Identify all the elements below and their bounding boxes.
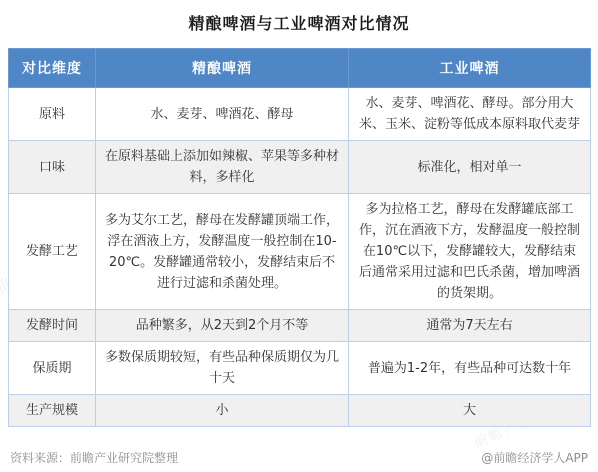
chart-title: 精酿啤酒与工业啤酒对比情况: [0, 0, 598, 34]
craft-cell: 在原料基础上添加如辣椒、苹果等多种材料，多样化: [96, 141, 349, 194]
footer: 资料来源：前瞻产业研究院整理 @前瞻经济学人APP: [10, 449, 588, 466]
row-label: 原料: [9, 88, 96, 141]
table-header-row: 对比维度 精酿啤酒 工业啤酒: [9, 49, 591, 88]
page: { "title": "精酿啤酒与工业啤酒对比情况", "chart_data"…: [0, 0, 598, 472]
credit-note: @前瞻经济学人APP: [481, 449, 588, 466]
table-row-production-scale: 生产规模 小 大: [9, 395, 591, 427]
industrial-cell: 水、麦芽、啤酒花、酵母。部分用大米、玉米、淀粉等低成本原料取代麦芽: [349, 88, 591, 141]
table-row-taste: 口味 在原料基础上添加如辣椒、苹果等多种材料，多样化 标准化，相对单一: [9, 141, 591, 194]
industrial-cell: 通常为7天左右: [349, 310, 591, 342]
table-row-fermentation-time: 发酵时间 品种繁多，从2天到2个月不等 通常为7天左右: [9, 310, 591, 342]
industrial-cell: 多为拉格工艺，酵母在发酵罐底部工作，沉在酒液下方，发酵温度一般控制在10℃以下，…: [349, 194, 591, 310]
row-label: 发酵时间: [9, 310, 96, 342]
row-label: 保质期: [9, 342, 96, 395]
table-row-fermentation-process: 发酵工艺 多为艾尔工艺，酵母在发酵罐顶端工作，浮在酒液上方，发酵温度一般控制在1…: [9, 194, 591, 310]
row-label: 生产规模: [9, 395, 96, 427]
craft-cell: 多数保质期较短，有些品种保质期仅为几十天: [96, 342, 349, 395]
source-note: 资料来源：前瞻产业研究院整理: [10, 449, 178, 466]
table-row-shelf-life: 保质期 多数保质期较短，有些品种保质期仅为几十天 普遍为1-2年，有些品种可达数…: [9, 342, 591, 395]
craft-cell: 小: [96, 395, 349, 427]
row-label: 口味: [9, 141, 96, 194]
header-cell-dimension: 对比维度: [9, 49, 96, 88]
industrial-cell: 标准化，相对单一: [349, 141, 591, 194]
row-label: 发酵工艺: [9, 194, 96, 310]
industrial-cell: 大: [349, 395, 591, 427]
header-cell-craft: 精酿啤酒: [96, 49, 349, 88]
header-cell-industrial: 工业啤酒: [349, 49, 591, 88]
table-row-raw-materials: 原料 水、麦芽、啤酒花、酵母 水、麦芽、啤酒花、酵母。部分用大米、玉米、淀粉等低…: [9, 88, 591, 141]
craft-cell: 水、麦芽、啤酒花、酵母: [96, 88, 349, 141]
industrial-cell: 普遍为1-2年，有些品种可达数十年: [349, 342, 591, 395]
craft-cell: 多为艾尔工艺，酵母在发酵罐顶端工作，浮在酒液上方，发酵温度一般控制在10-20℃…: [96, 194, 349, 310]
comparison-table: 对比维度 精酿啤酒 工业啤酒 原料 水、麦芽、啤酒花、酵母 水、麦芽、啤酒花、酵…: [8, 48, 591, 427]
craft-cell: 品种繁多，从2天到2个月不等: [96, 310, 349, 342]
